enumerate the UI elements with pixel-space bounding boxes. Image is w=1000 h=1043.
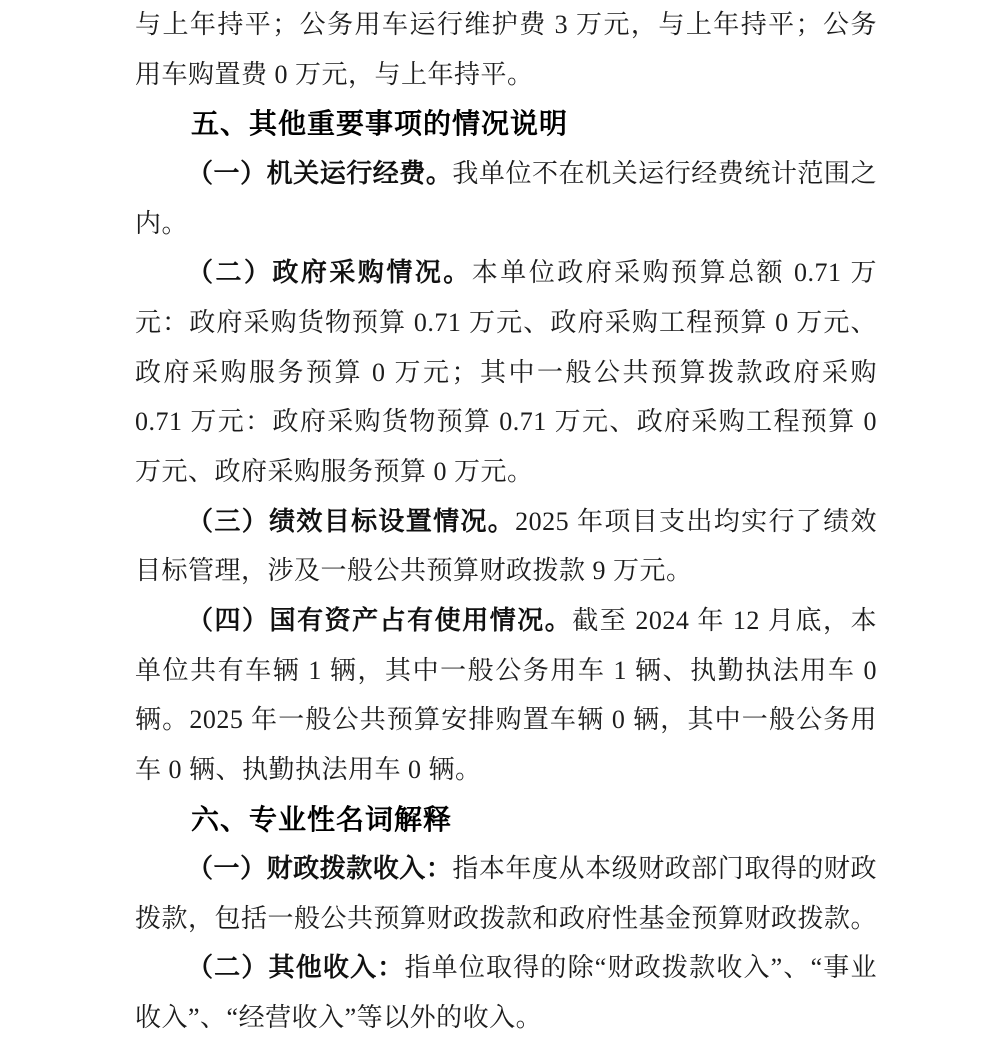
document-page: 与上年持平；公务用车运行维护费 3 万元，与上年持平；公务用车购置费 0 万元，…: [0, 0, 1000, 1043]
section-heading-six-terminology: 六、专业性名词解释: [135, 795, 877, 845]
section-heading-five-other-important-matters: 五、其他重要事项的情况说明: [135, 99, 877, 149]
paragraph-lead-label: （一）机关运行经费。: [187, 159, 452, 188]
paragraph-lead-label: （三）绩效目标设置情况。: [187, 507, 515, 536]
paragraph-government-procurement: （二）政府采购情况。本单位政府采购预算总额 0.71 万元：政府采购货物预算 0…: [135, 248, 877, 496]
paragraph-text: 与上年持平；公务用车运行维护费 3 万元，与上年持平；公务用车购置费 0 万元，…: [135, 10, 877, 89]
paragraph-agency-operating-funds: （一）机关运行经费。我单位不在机关运行经费统计范围之内。: [135, 149, 877, 248]
paragraph-lead-label: （四）国有资产占有使用情况。: [187, 606, 572, 635]
paragraph-lead-label: （一）财政拨款收入：: [187, 854, 452, 883]
paragraph-state-owned-assets: （四）国有资产占有使用情况。截至 2024 年 12 月底，本单位共有车辆 1 …: [135, 596, 877, 795]
paragraph-lead-label: （二）政府采购情况。: [187, 258, 472, 287]
paragraph-lead-label: （二）其他收入：: [187, 953, 405, 982]
paragraph-vehicle-cost-continuation: 与上年持平；公务用车运行维护费 3 万元，与上年持平；公务用车购置费 0 万元，…: [135, 0, 877, 99]
paragraph-fiscal-appropriation-income: （一）财政拨款收入：指本年度从本级财政部门取得的财政拨款，包括一般公共预算财政拨…: [135, 844, 877, 943]
paragraph-performance-targets: （三）绩效目标设置情况。2025 年项目支出均实行了绩效目标管理，涉及一般公共预…: [135, 497, 877, 596]
paragraph-other-income: （二）其他收入：指单位取得的除“财政拨款收入”、“事业收入”、“经营收入”等以外…: [135, 943, 877, 1042]
paragraph-text: 本单位政府采购预算总额 0.71 万元：政府采购货物预算 0.71 万元、政府采…: [135, 258, 877, 486]
